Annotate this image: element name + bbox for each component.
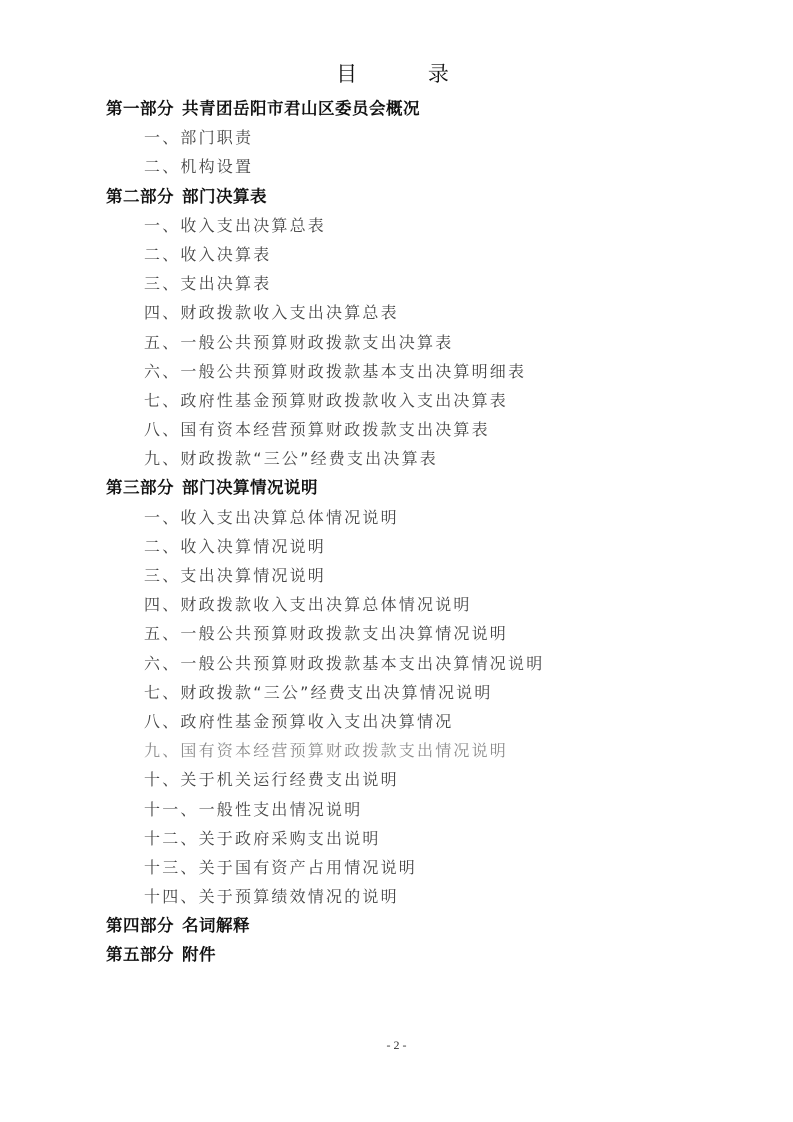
toc-item[interactable]: 二、收入决算表 [106, 240, 793, 269]
toc-part-title: 附件 [182, 945, 216, 964]
toc-part-heading[interactable]: 第二部分部门决算表 [106, 182, 793, 211]
toc-item[interactable]: 三、支出决算情况说明 [106, 561, 793, 590]
toc-item[interactable]: 十一、一般性支出情况说明 [106, 795, 793, 824]
toc-part-label: 第三部分 [106, 478, 174, 497]
toc-part-title: 部门决算表 [182, 187, 267, 206]
toc-item[interactable]: 二、收入决算情况说明 [106, 532, 793, 561]
toc-part-label: 第二部分 [106, 187, 174, 206]
toc-item[interactable]: 七、政府性基金预算财政拨款收入支出决算表 [106, 386, 793, 415]
toc-item[interactable]: 十二、关于政府采购支出说明 [106, 824, 793, 853]
toc-item[interactable]: 一、收入支出决算总表 [106, 211, 793, 240]
toc-part-heading[interactable]: 第一部分共青团岳阳市君山区委员会概况 [106, 94, 793, 123]
toc-item[interactable]: 一、部门职责 [106, 123, 793, 152]
table-of-contents: 第一部分共青团岳阳市君山区委员会概况一、部门职责二、机构设置第二部分部门决算表一… [106, 94, 793, 970]
toc-item[interactable]: 十四、关于预算绩效情况的说明 [106, 882, 793, 911]
toc-part-title: 名词解释 [182, 916, 250, 935]
page-number: - 2 - [0, 1038, 793, 1053]
toc-part-title: 共青团岳阳市君山区委员会概况 [182, 99, 420, 118]
toc-item[interactable]: 六、一般公共预算财政拨款基本支出决算情况说明 [106, 649, 793, 678]
toc-item[interactable]: 八、政府性基金预算收入支出决算情况 [106, 707, 793, 736]
toc-part-label: 第五部分 [106, 945, 174, 964]
toc-item[interactable]: 五、一般公共预算财政拨款支出决算表 [106, 328, 793, 357]
page-title: 目 录 [0, 58, 793, 88]
toc-item[interactable]: 十、关于机关运行经费支出说明 [106, 765, 793, 794]
toc-part-label: 第一部分 [106, 99, 174, 118]
toc-item[interactable]: 三、支出决算表 [106, 269, 793, 298]
toc-item[interactable]: 六、一般公共预算财政拨款基本支出决算明细表 [106, 357, 793, 386]
toc-item[interactable]: 十三、关于国有资产占用情况说明 [106, 853, 793, 882]
toc-part-heading[interactable]: 第三部分部门决算情况说明 [106, 473, 793, 502]
toc-part-heading[interactable]: 第五部分附件 [106, 940, 793, 969]
toc-item[interactable]: 五、一般公共预算财政拨款支出决算情况说明 [106, 619, 793, 648]
toc-item[interactable]: 八、国有资本经营预算财政拨款支出决算表 [106, 415, 793, 444]
toc-part-heading[interactable]: 第四部分名词解释 [106, 911, 793, 940]
toc-item[interactable]: 四、财政拨款收入支出决算总表 [106, 298, 793, 327]
toc-item[interactable]: 一、收入支出决算总体情况说明 [106, 503, 793, 532]
toc-item[interactable]: 七、财政拨款“三公”经费支出决算情况说明 [106, 678, 793, 707]
toc-part-label: 第四部分 [106, 916, 174, 935]
toc-item[interactable]: 九、财政拨款“三公”经费支出决算表 [106, 444, 793, 473]
toc-part-title: 部门决算情况说明 [182, 478, 318, 497]
toc-item[interactable]: 四、财政拨款收入支出决算总体情况说明 [106, 590, 793, 619]
toc-item[interactable]: 九、国有资本经营预算财政拨款支出情况说明 [106, 736, 793, 765]
toc-item[interactable]: 二、机构设置 [106, 152, 793, 181]
